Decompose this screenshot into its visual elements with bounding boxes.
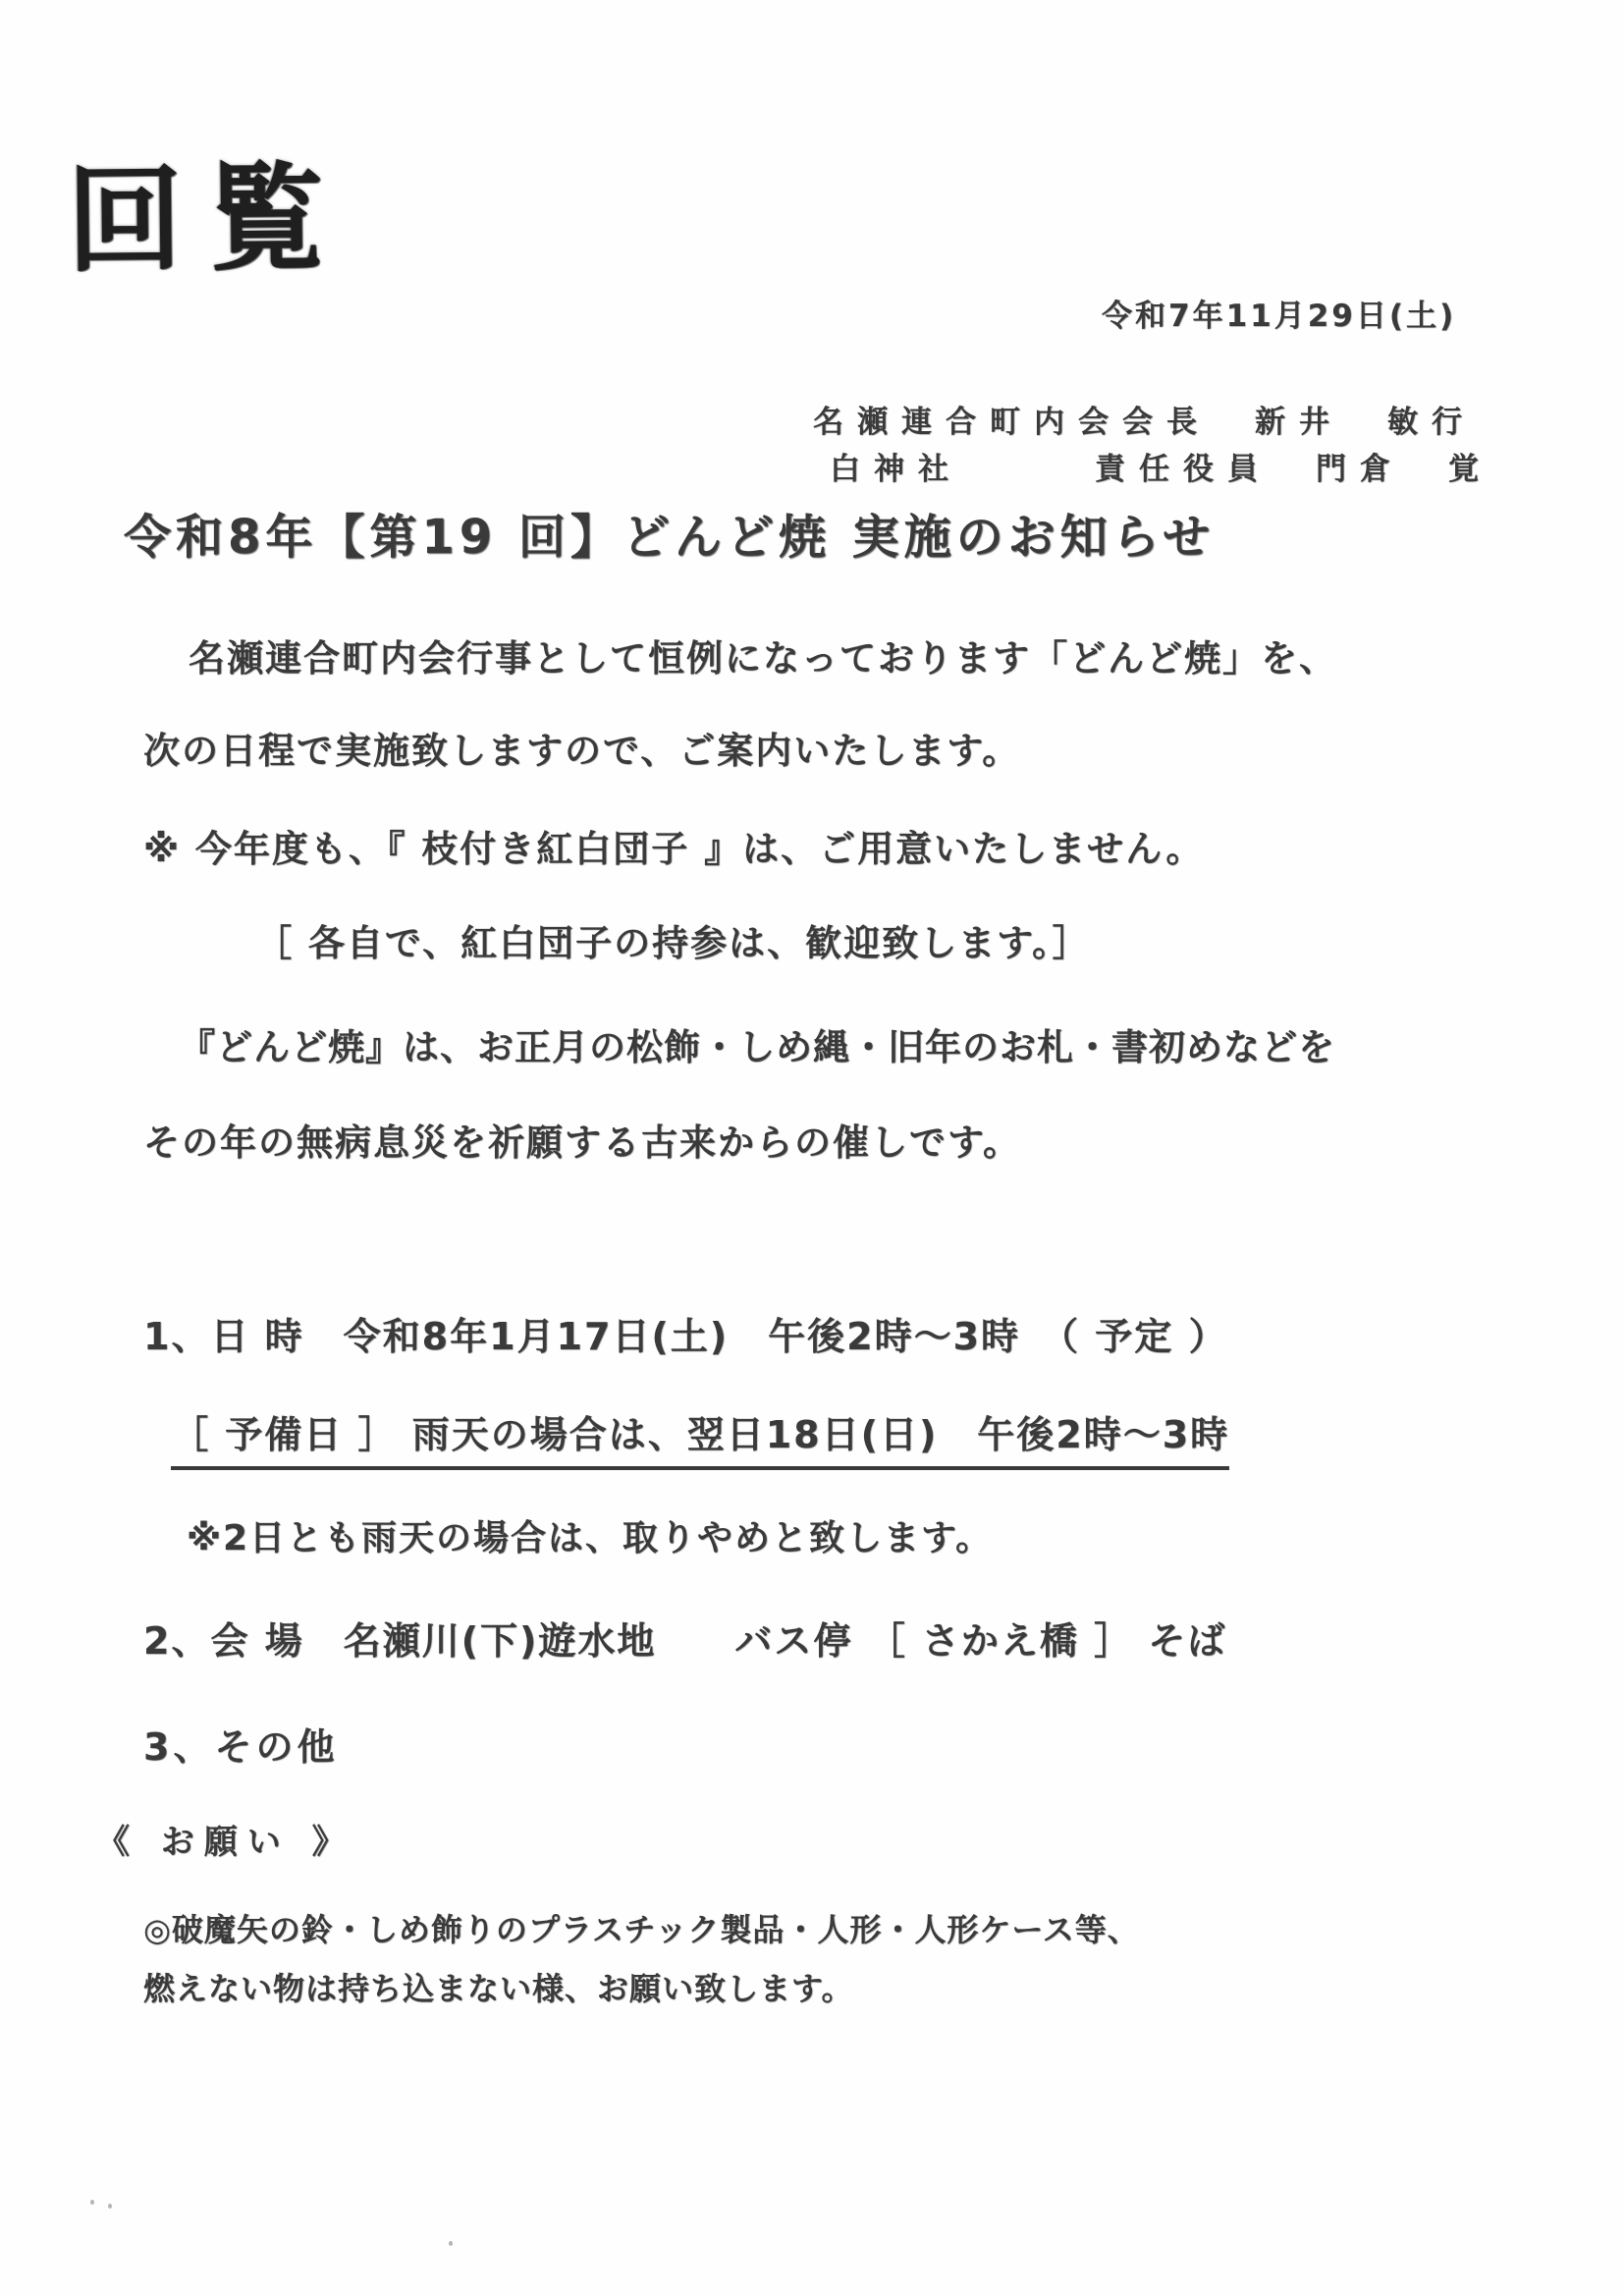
item-1-date-time: 1、日 時 令和8年1月17日(土) 午後2時～3時 （ 予定 ）	[143, 1306, 1228, 1360]
issue-date: 令和7年11月29日(土)	[1102, 291, 1456, 335]
about-dondoyaki-line-2: その年の無病息災を祈願する古来からの催しです。	[143, 1113, 1021, 1166]
item-1-cancellation-note: ※2日とも雨天の場合は、取りやめと致します。	[187, 1510, 993, 1560]
item-1-rain-backup-date: ［ 予備日 ］ 雨天の場合は、翌日18日(日) 午後2時～3時	[171, 1404, 1229, 1470]
request-section-heading: 《 お願い 》	[96, 1815, 355, 1863]
intro-paragraph-line-1: 名瀬連合町内会行事として恒例になっております「どんど焼」を、	[189, 629, 1337, 682]
scan-speck	[449, 2241, 453, 2246]
request-line-1: ◎破魔矢の鈴・しめ飾りのプラスチック製品・人形・人形ケース等、	[143, 1905, 1140, 1950]
item-3-other: 3、その他	[143, 1717, 338, 1771]
dango-bring-your-own-line: ［ 各自で、紅白団子の持参は、歓迎致します。］	[255, 913, 1091, 966]
about-dondoyaki-line-1: 『どんど焼』は、お正月の松飾・しめ縄・旧年のお札・書初めなどを	[179, 1017, 1335, 1070]
dango-note-line: ※ 今年度も、『 枝付き紅白団子 』は、ご用意いたしません。	[143, 819, 1204, 872]
sender-shrine-officer: 白神社 責任役員 門倉 覚	[830, 444, 1492, 488]
request-line-2: 燃えない物は持ち込まない様、お願い致します。	[143, 1964, 853, 2009]
item-2-venue: 2、会 場 名瀬川(下)遊水地 バス停 ［ さかえ橋 ］ そば	[143, 1611, 1226, 1665]
scan-speck	[90, 2200, 94, 2205]
scanned-notice-page: 回覧 令和7年11月29日(土) 名瀬連合町内会会長 新井 敏行 白神社 責任役…	[0, 0, 1624, 2296]
sender-association-chairman: 名瀬連合町内会会長 新井 敏行	[813, 397, 1476, 441]
intro-paragraph-line-2: 次の日程で実施致しますので、ご案内いたします。	[143, 721, 1020, 774]
notice-title: 令和8年【第19 回】どんど焼 実施のお知らせ	[124, 499, 1215, 567]
scan-speck	[108, 2204, 112, 2209]
kairan-circulation-stamp: 回覧	[66, 124, 351, 294]
